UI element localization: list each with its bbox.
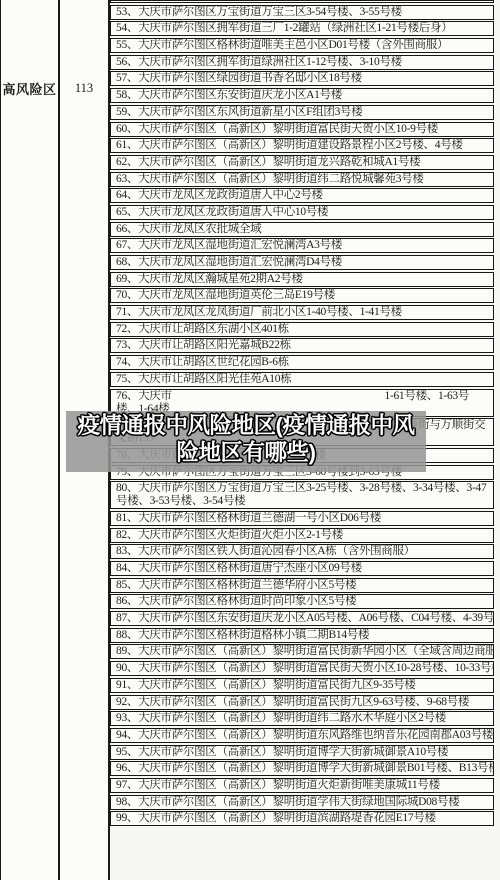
table-row: 74、大庆市让胡路区世纪花园B-6栋 (110, 355, 494, 370)
table-row: 56、大庆市萨尔图区拥军街道绿洲社区1-12号楼、3-10号楼 (110, 55, 494, 70)
epidemic-risk-area-table-page: 高风险区 113 53、大庆市萨尔图区万宝街道万宝三区3-54号楼、3-55号楼… (0, 0, 500, 880)
table-row: 66、大庆市龙凤区农批城全域 (110, 222, 494, 237)
risk-level-label: 高风险区 (1, 79, 58, 98)
table-row: 86、大庆市萨尔图区格林街道时尚印象小区5号楼 (110, 594, 494, 609)
table-row: 87、大庆市萨尔图区东安街道庆龙小区A05号楼、A06号楼、C04号楼、4-39… (110, 611, 494, 626)
table-row: 85、大庆市萨尔图区格林街道兰德华府小区5号楼 (110, 578, 494, 593)
table-row: 65、大庆市龙凤区龙政街道唐人中心10号楼 (110, 205, 494, 220)
table-row: 69、大庆市龙凤区瀚城星苑2期A2号楼 (110, 272, 494, 287)
table-row: 99、大庆市萨尔图区（高新区）黎明街道滨湖路堤香花园E17号楼 (110, 811, 494, 826)
table-row: 96、大庆市萨尔图区（高新区）黎明街道博学大街新城御景B01号楼、B13号楼 (110, 761, 494, 776)
table-row: 75、大庆市让胡路区阳光佳苑A10栋 (110, 372, 494, 387)
table-row: 71、大庆市龙凤区龙凤街道厂前北小区1-40号楼、1-41号楼 (110, 305, 494, 320)
table-row: 80、大庆市萨尔图区万宝街道万宝三区3-25号楼、3-28号楼、3-34号楼、3… (110, 481, 494, 509)
risk-level-cell: 高风险区 (0, 0, 60, 880)
table-row: 81、大庆市萨尔图区格林街道兰德湖一号小区D06号楼 (110, 511, 494, 526)
table-row: 64、大庆市龙凤区龙政街道唐人中心2号楼 (110, 188, 494, 203)
table-row: 67、大庆市龙凤区湿地街道汇宏悦澜湾A3号楼 (110, 238, 494, 253)
table-row: 83、大庆市萨尔图区铁人街道沁园春小区A栋（含外围商服） (110, 544, 494, 559)
table-row: 97、大庆市萨尔图区（高新区）黎明街道火炬新街唯美康城11号楼 (110, 778, 494, 793)
table-row: 61、大庆市萨尔图区（高新区）黎明街道建设路景程小区2号楼、4号楼 (110, 138, 494, 153)
table-row: 63、大庆市萨尔图区（高新区）黎明街道纬二路悦城馨苑3号楼 (110, 172, 494, 187)
table-row: 94、大庆市萨尔图区（高新区）黎明街道东风路维也纳音乐花园南郡A03号楼 (110, 728, 494, 743)
table-row: 98、大庆市萨尔图区（高新区）黎明街道学伟大街绿地国际城D08号楼 (110, 795, 494, 810)
table-row: 72、大庆市让胡路区东湖小区401栋 (110, 322, 494, 337)
table-row-partial (110, 0, 494, 3)
table-row: 95、大庆市萨尔图区（高新区）黎明街道博学大街新城御景A10号楼 (110, 745, 494, 760)
watermark-title-line2: 险地区有哪些) (177, 440, 316, 465)
table-row: 89、大庆市萨尔图区（高新区）黎明街道富民街新华园小区（全域含周边商服） (110, 644, 494, 659)
table-row: 55、大庆市萨尔图区格林街道唯美主邑小区D01号楼（含外围商服） (110, 38, 494, 53)
table-row: 60、大庆市萨尔图区（高新区）黎明街道富民街天贺小区10-9号楼 (110, 122, 494, 137)
table-row: 59、大庆市萨尔图区东风街道新星小区F组团3号楼 (110, 105, 494, 120)
table-row: 53、大庆市萨尔图区万宝街道万宝三区3-54号楼、3-55号楼 (110, 5, 494, 20)
table-row: 92、大庆市萨尔图区（高新区）黎明街道富民街九区9-63号楼、9-68号楼 (110, 695, 494, 710)
table-row: 82、大庆市萨尔图区火炬街道火炬小区2-1号楼 (110, 528, 494, 543)
risk-count-value: 113 (60, 81, 108, 96)
table-row: 73、大庆市让胡路区阳光嘉城B22栋 (110, 338, 494, 353)
table-row: 68、大庆市龙凤区湿地街道汇宏悦澜湾D4号楼 (110, 255, 494, 270)
table-row: 58、大庆市萨尔图区东安街道庆龙小区A1号楼 (110, 88, 494, 103)
table-row: 54、大庆市萨尔图区拥军街道三厂1-2罐站（绿洲社区1-21号楼后身） (110, 21, 494, 36)
table-row: 84、大庆市萨尔图区格林街道唐宁杰座小区09号楼 (110, 561, 494, 576)
table-row: 62、大庆市萨尔图区（高新区）黎明街道龙兴路乾和城A1号楼 (110, 155, 494, 170)
table-row: 90、大庆市萨尔图区（高新区）黎明街道富民街天贺小区10-28号楼、10-33号… (110, 661, 494, 676)
table-row: 57、大庆市萨尔图区绿园街道书香名邸小区18号楼 (110, 71, 494, 86)
watermark-title: 疫情通报中风险地区(疫情通报中风 险地区有哪些) (58, 413, 434, 466)
table-row: 91、大庆市萨尔图区（高新区）黎明街道富民街九区9-35号楼 (110, 678, 494, 693)
watermark-title-line1: 疫情通报中风险地区(疫情通报中风 (78, 413, 415, 438)
table-row: 70、大庆市龙凤区湿地街道英伦三岛E19号楼 (110, 288, 494, 303)
table-row: 93、大庆市萨尔图区（高新区）黎明街道纬二路水木华庭小区2号楼 (110, 711, 494, 726)
table-row: 88、大庆市萨尔图区格林街道格林小镇二期B14号楼 (110, 628, 494, 643)
